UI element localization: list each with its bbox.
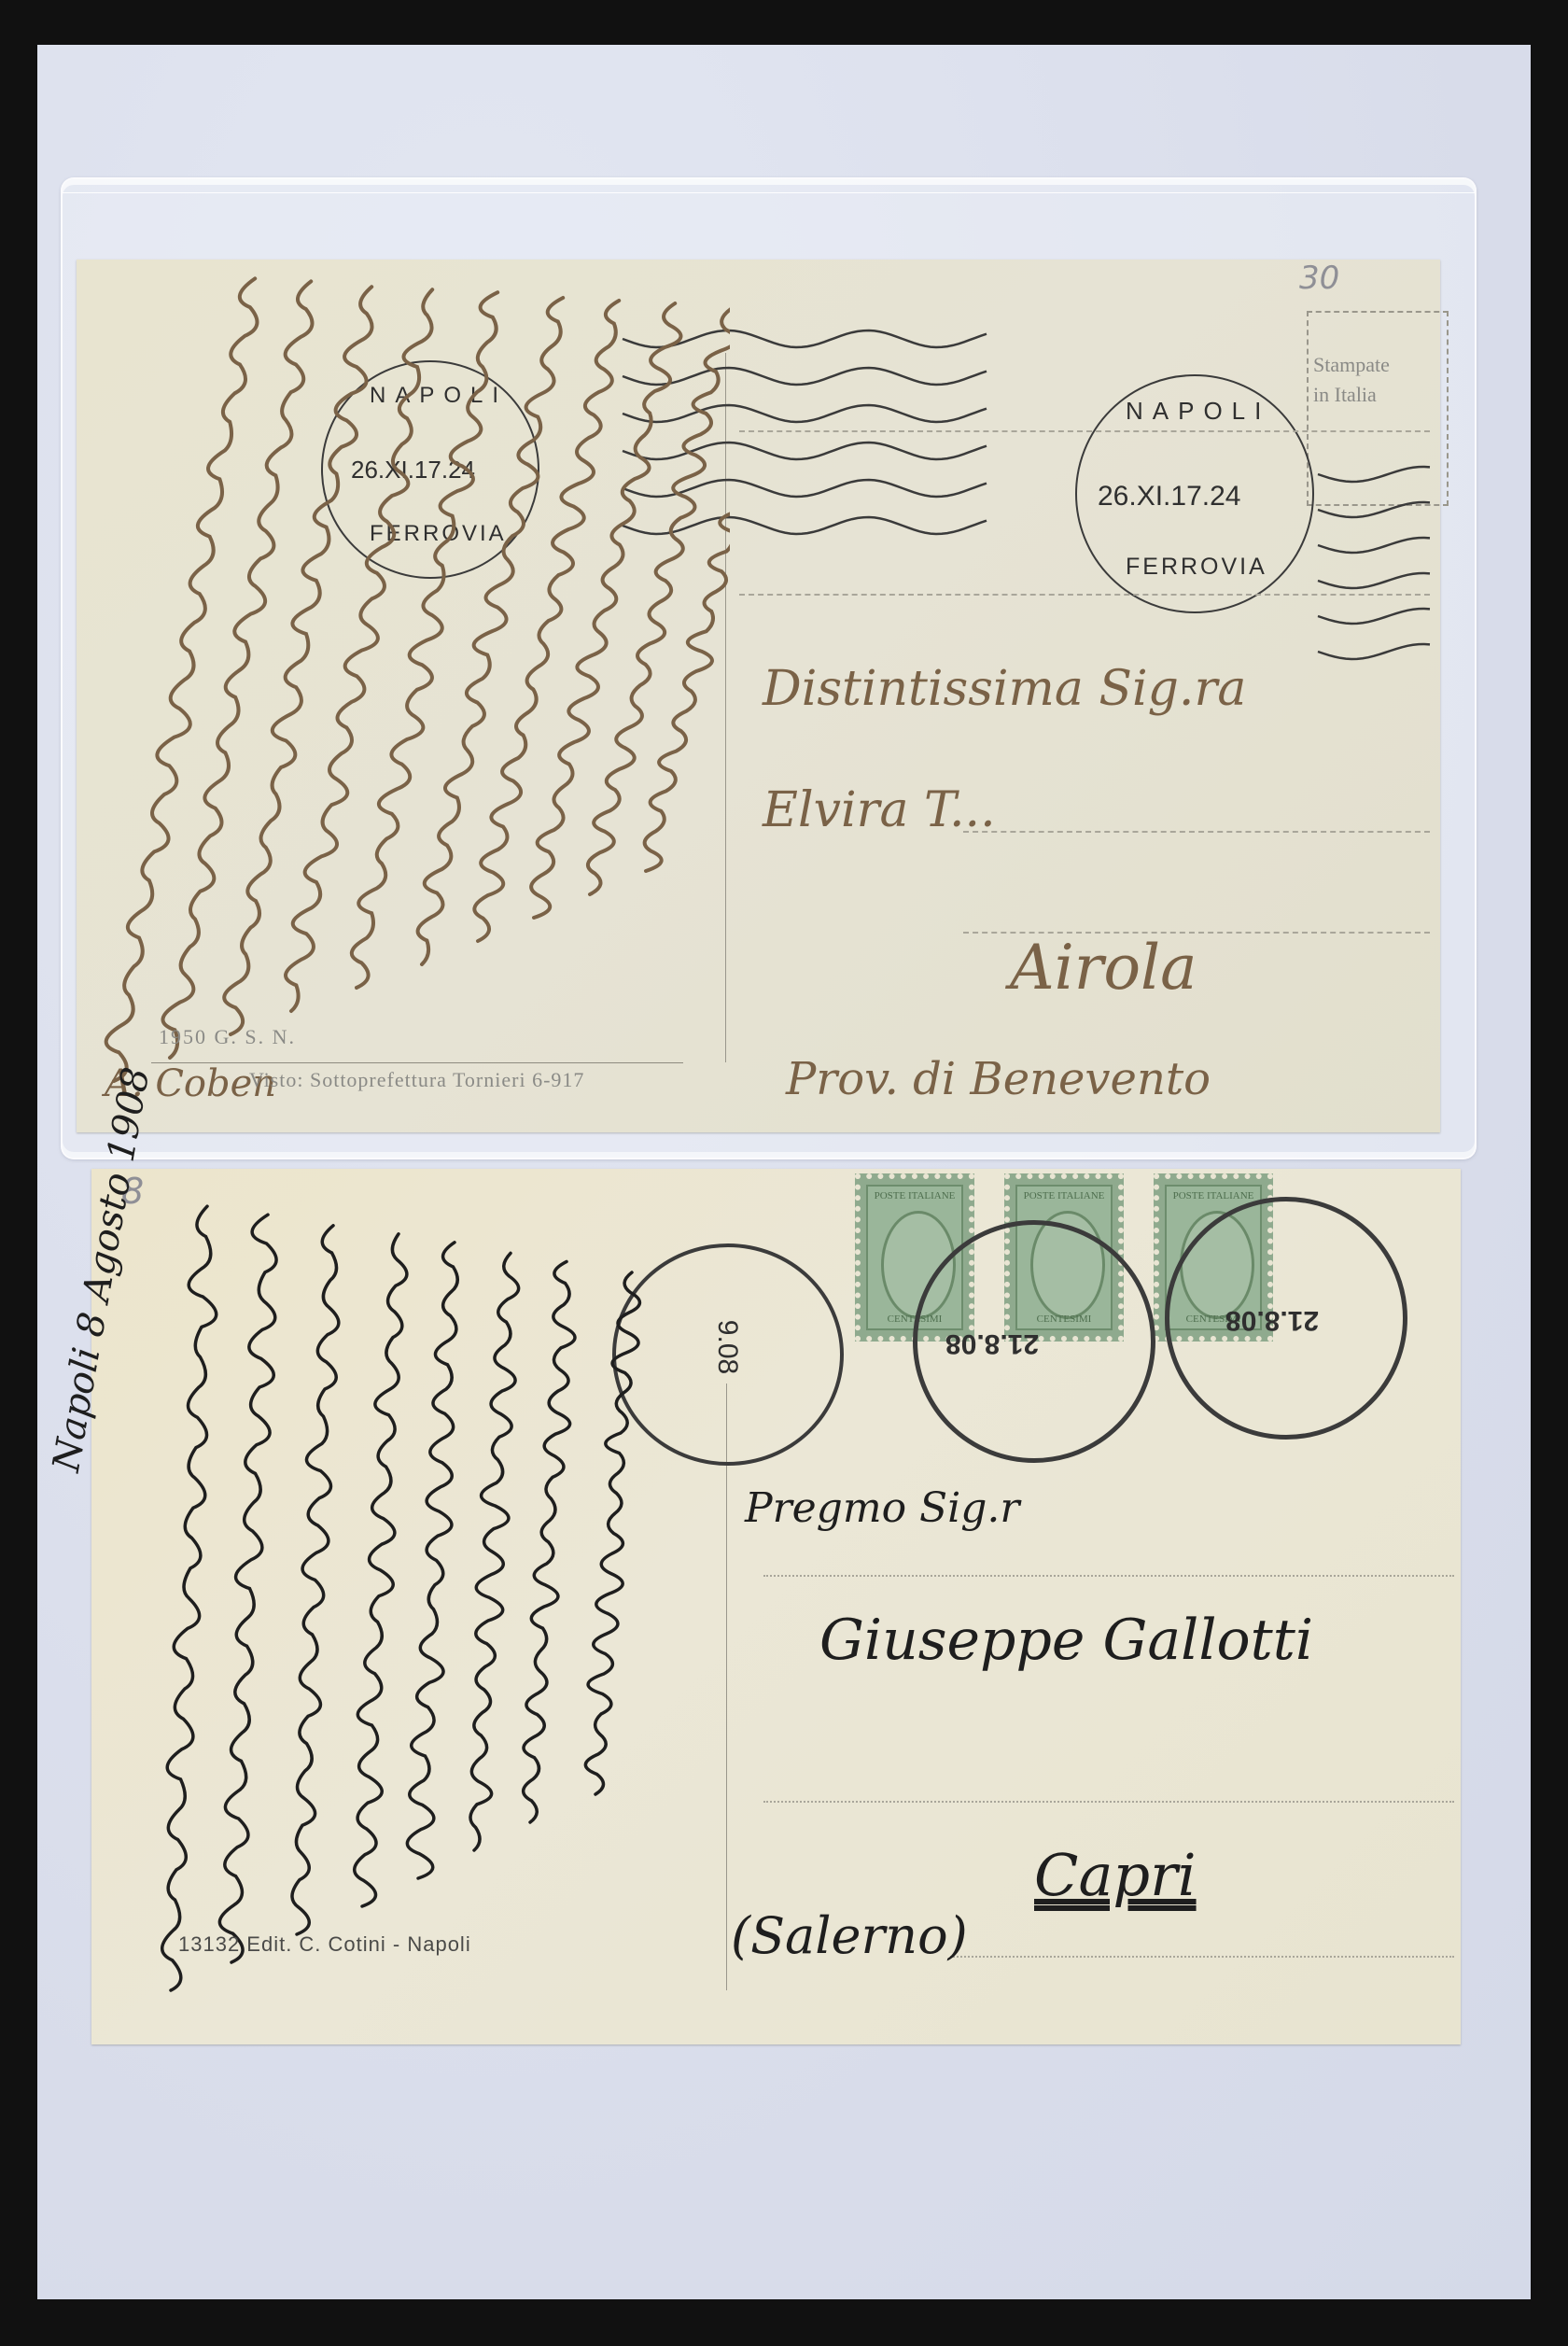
message-handwriting	[91, 1169, 763, 2044]
publisher-imprint: 1950 G. S. N.	[159, 1025, 296, 1049]
address-line-2	[763, 1801, 1454, 1803]
address-line-2	[739, 594, 1430, 596]
postmark-t-umberto: 21.8.08	[913, 1220, 1155, 1463]
address-province: Prov. di Benevento	[786, 1053, 1211, 1105]
address-line-1	[763, 1575, 1454, 1577]
address-salutation: Pregmo Sig.r	[745, 1484, 1019, 1532]
imprint-rule	[151, 1062, 683, 1063]
address-recipient: Elvira T...	[763, 782, 996, 838]
address-recipient: Giuseppe Gallotti	[819, 1608, 1313, 1673]
publisher-imprint: 13132 Edit. C. Cotini - Napoli	[178, 1932, 471, 1957]
address-name-line: Distintissima Sig.ra	[763, 661, 1246, 717]
address-province: (Salerno)	[731, 1906, 968, 1965]
address-line-3	[963, 831, 1430, 833]
postcard-bottom: 8 POSTE ITALIANE CENTESIMI POSTE ITALIAN…	[91, 1169, 1461, 2044]
address-town: Airola	[1010, 932, 1197, 1004]
address-town: Capri	[1034, 1841, 1197, 1909]
message-handwriting	[77, 260, 730, 1132]
address-line-3	[950, 1956, 1454, 1958]
sleeve-lip	[63, 179, 1475, 193]
postmark-galleria: 21.8.08	[1165, 1197, 1407, 1440]
visto-imprint: Visto: Sottoprefettura Tornieri 6-917	[249, 1068, 584, 1092]
address-line-1	[739, 430, 1430, 432]
postcard-top: 30 Stampate in Italia NAPOLI 26.XI.17.24…	[77, 260, 1440, 1132]
